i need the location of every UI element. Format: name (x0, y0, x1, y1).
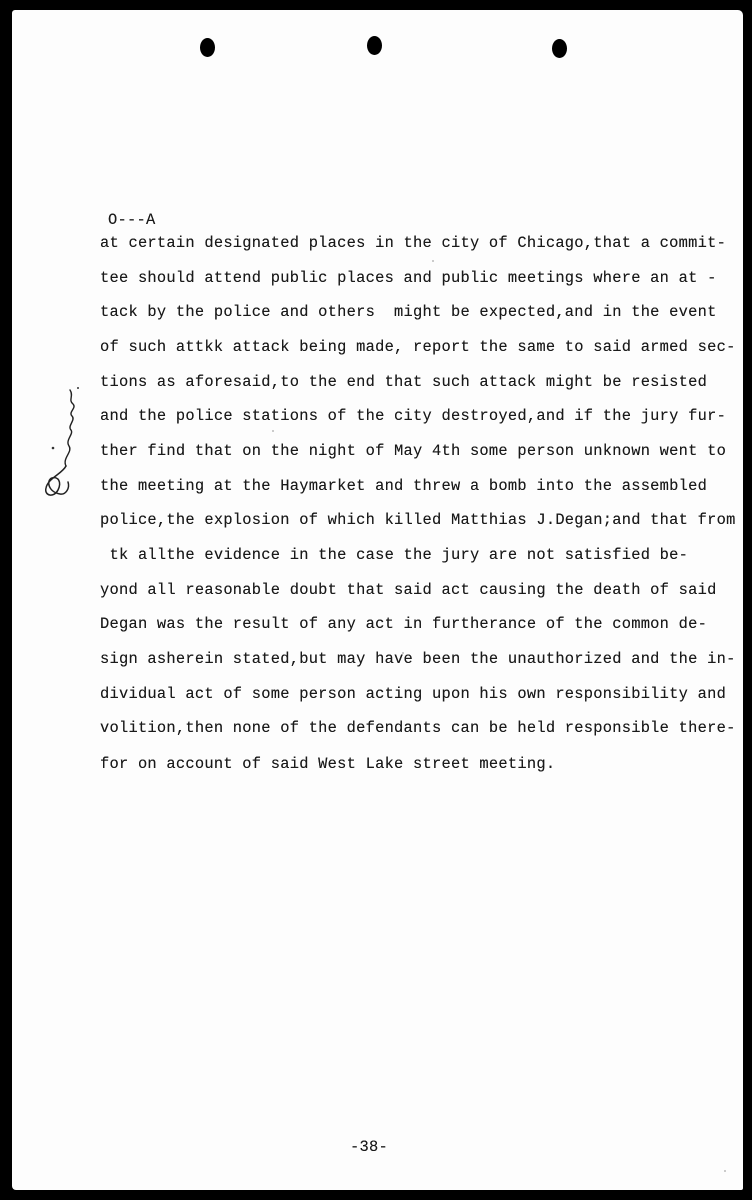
punch-hole-left (200, 38, 215, 57)
text-line-6: and the police stations of the city dest… (100, 409, 726, 424)
signature-given-icon (40, 382, 84, 502)
paper-speck (402, 652, 404, 654)
text-line-8: the meeting at the Haymarket and threw a… (100, 479, 707, 494)
text-line-16: for on account of said West Lake street … (100, 757, 555, 772)
punch-hole-right (552, 39, 567, 58)
handwritten-margin-note (40, 382, 84, 502)
paper-speck (272, 430, 274, 432)
document-page: O---A at certain designated places in th… (12, 10, 743, 1190)
page-number: -38- (350, 1140, 388, 1155)
paper-speck (724, 1170, 726, 1172)
text-line-4: of such attkk attack being made, report … (100, 340, 736, 355)
text-line-5: tions as aforesaid,to the end that such … (100, 375, 707, 390)
text-line-14: dividual act of some person acting upon … (100, 687, 726, 702)
text-line-3: tack by the police and others might be e… (100, 305, 717, 320)
text-line-9: police,the explosion of which killed Mat… (100, 513, 736, 528)
text-line-13: sign asherein stated,but may have been t… (100, 652, 736, 667)
text-line-7: ther find that on the night of May 4th s… (100, 444, 726, 459)
text-line-2: tee should attend public places and publ… (100, 271, 717, 286)
text-line-15: volition,then none of the defendants can… (100, 721, 736, 736)
text-line-1: at certain designated places in the city… (100, 236, 726, 251)
paper-speck (432, 260, 434, 262)
text-line-10: tk allthe evidence in the case the jury … (100, 548, 688, 563)
text-line-11: yond all reasonable doubt that said act … (100, 583, 717, 598)
section-mark: O---A (108, 213, 155, 228)
punch-hole-center (367, 36, 382, 55)
text-line-12: Degan was the result of any act in furth… (100, 617, 707, 632)
